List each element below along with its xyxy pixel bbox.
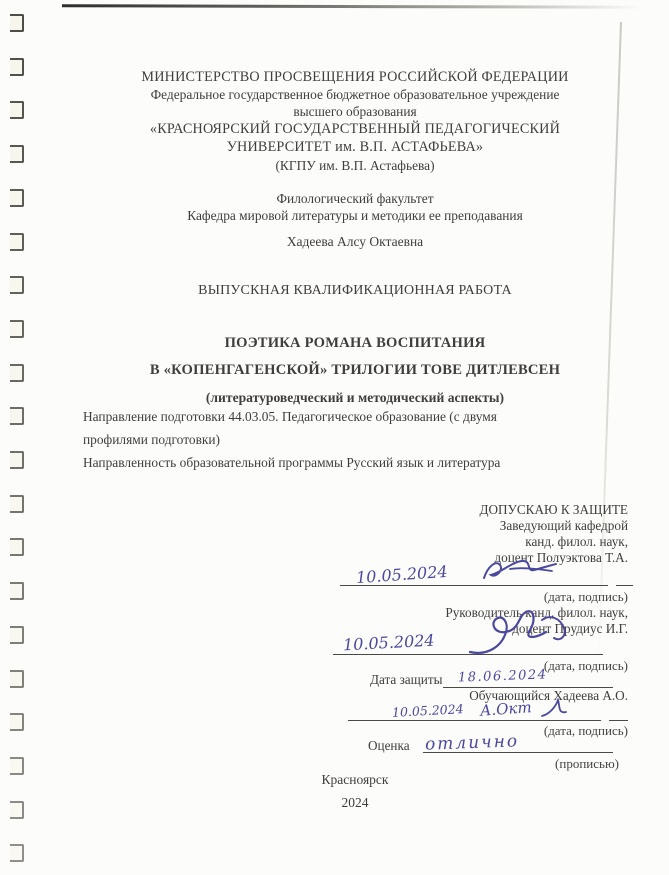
head-signature-line-short bbox=[616, 585, 633, 586]
grade-caption: (прописью) bbox=[555, 756, 619, 771]
binding-mark bbox=[10, 320, 24, 338]
program-line-2: профилями подготовки) bbox=[83, 428, 643, 451]
university-abbrev: (КГПУ им. В.П. Астафьева) bbox=[70, 156, 640, 176]
title-line-2: В «КОПЕНГАГЕНСКОЙ» ТРИЛОГИИ ТОВЕ ДИТЛЕВС… bbox=[70, 357, 640, 384]
year-line: 2024 bbox=[70, 795, 640, 811]
binding-mark bbox=[10, 451, 24, 469]
binding-mark bbox=[10, 757, 24, 775]
document-page: МИНИСТЕРСТВО ПРОСВЕЩЕНИЯ РОССИЙСКОЙ ФЕДЕ… bbox=[0, 0, 669, 875]
supervisor-date-sign-caption: (дата, подпись) bbox=[544, 658, 628, 673]
student-signature-flourish bbox=[540, 698, 570, 720]
binding-mark bbox=[10, 713, 24, 731]
student-date-sign-caption: (дата, подпись) bbox=[544, 723, 628, 738]
department-line: Кафедра мировой литературы и методики ее… bbox=[70, 207, 640, 224]
binding-mark bbox=[10, 364, 24, 382]
grade-label: Оценка bbox=[368, 738, 410, 753]
binding-mark bbox=[10, 538, 24, 556]
head-signature bbox=[482, 556, 562, 588]
program-block: Направление подготовки 44.03.05. Педагог… bbox=[83, 405, 643, 474]
faculty-block: Филологический факультет Кафедра мировой… bbox=[70, 190, 640, 224]
institution-line-1: Федеральное государственное бюджетное об… bbox=[70, 86, 640, 103]
program-line-1: Направление подготовки 44.03.05. Педагог… bbox=[83, 405, 643, 428]
grade-line bbox=[423, 752, 613, 753]
supervisor-signature-line bbox=[333, 654, 603, 655]
thesis-title: ПОЭТИКА РОМАНА ВОСПИТАНИЯ В «КОПЕНГАГЕНС… bbox=[70, 330, 640, 411]
university-name-2: УНИВЕРСИТЕТ им. В.П. АСТАФЬЕВА» bbox=[70, 138, 640, 156]
binding-mark bbox=[10, 582, 24, 600]
binding-mark bbox=[10, 844, 24, 862]
university-name-1: «КРАСНОЯРСКИЙ ГОСУДАРСТВЕННЫЙ ПЕДАГОГИЧЕ… bbox=[70, 120, 640, 138]
author-name: Хадеева Алсу Октаевна bbox=[70, 234, 640, 250]
defense-date-handwriting: 18.06.2024 bbox=[458, 669, 547, 684]
head-date-sign-caption: (дата, подпись) bbox=[544, 589, 628, 604]
admit-line: ДОПУСКАЮ К ЗАЩИТЕ bbox=[479, 502, 628, 517]
binding-mark bbox=[10, 101, 24, 119]
scan-top-edge bbox=[62, 4, 642, 9]
title-line-1: ПОЭТИКА РОМАНА ВОСПИТАНИЯ bbox=[70, 330, 640, 357]
binding-mark bbox=[10, 626, 24, 644]
head-signature-line bbox=[340, 585, 608, 586]
binding-mark bbox=[10, 495, 24, 513]
student-signature-line bbox=[348, 720, 601, 721]
student-signature: А.Окт bbox=[480, 700, 532, 718]
head-title-line: Заведующий кафедрой bbox=[500, 518, 628, 533]
binding-mark bbox=[10, 189, 24, 207]
head-degree-line: канд. филол. наук, bbox=[525, 534, 628, 549]
binding-mark bbox=[10, 276, 24, 294]
supervisor-date-handwriting: 10.05.2024 bbox=[343, 633, 435, 652]
work-type: ВЫПУСКНАЯ КВАЛИФИКАЦИОННАЯ РАБОТА bbox=[70, 283, 640, 299]
binding-mark bbox=[10, 14, 24, 32]
student-date-handwriting: 10.05.2024 bbox=[392, 703, 464, 718]
defense-date-label: Дата защиты bbox=[370, 672, 442, 687]
program-line-3: Направленность образовательной программы… bbox=[83, 451, 643, 474]
university-header: МИНИСТЕРСТВО ПРОСВЕЩЕНИЯ РОССИЙСКОЙ ФЕДЕ… bbox=[70, 68, 640, 176]
faculty-line: Филологический факультет bbox=[70, 190, 640, 207]
grade-handwriting: отлично bbox=[425, 733, 519, 753]
binding-mark bbox=[10, 801, 24, 819]
binding-mark bbox=[10, 233, 24, 251]
institution-line-2: высшего образования bbox=[70, 103, 640, 120]
head-date-handwriting: 10.05.2024 bbox=[356, 565, 448, 584]
ministry-line: МИНИСТЕРСТВО ПРОСВЕЩЕНИЯ РОССИЙСКОЙ ФЕДЕ… bbox=[70, 68, 640, 86]
city-line: Красноярск bbox=[70, 772, 640, 788]
binding-mark bbox=[10, 145, 24, 163]
binding-mark bbox=[10, 670, 24, 688]
binding-mark bbox=[10, 58, 24, 76]
binding-mark bbox=[10, 407, 24, 425]
student-signature-line-short bbox=[609, 720, 628, 721]
supervisor-signature bbox=[462, 608, 572, 658]
